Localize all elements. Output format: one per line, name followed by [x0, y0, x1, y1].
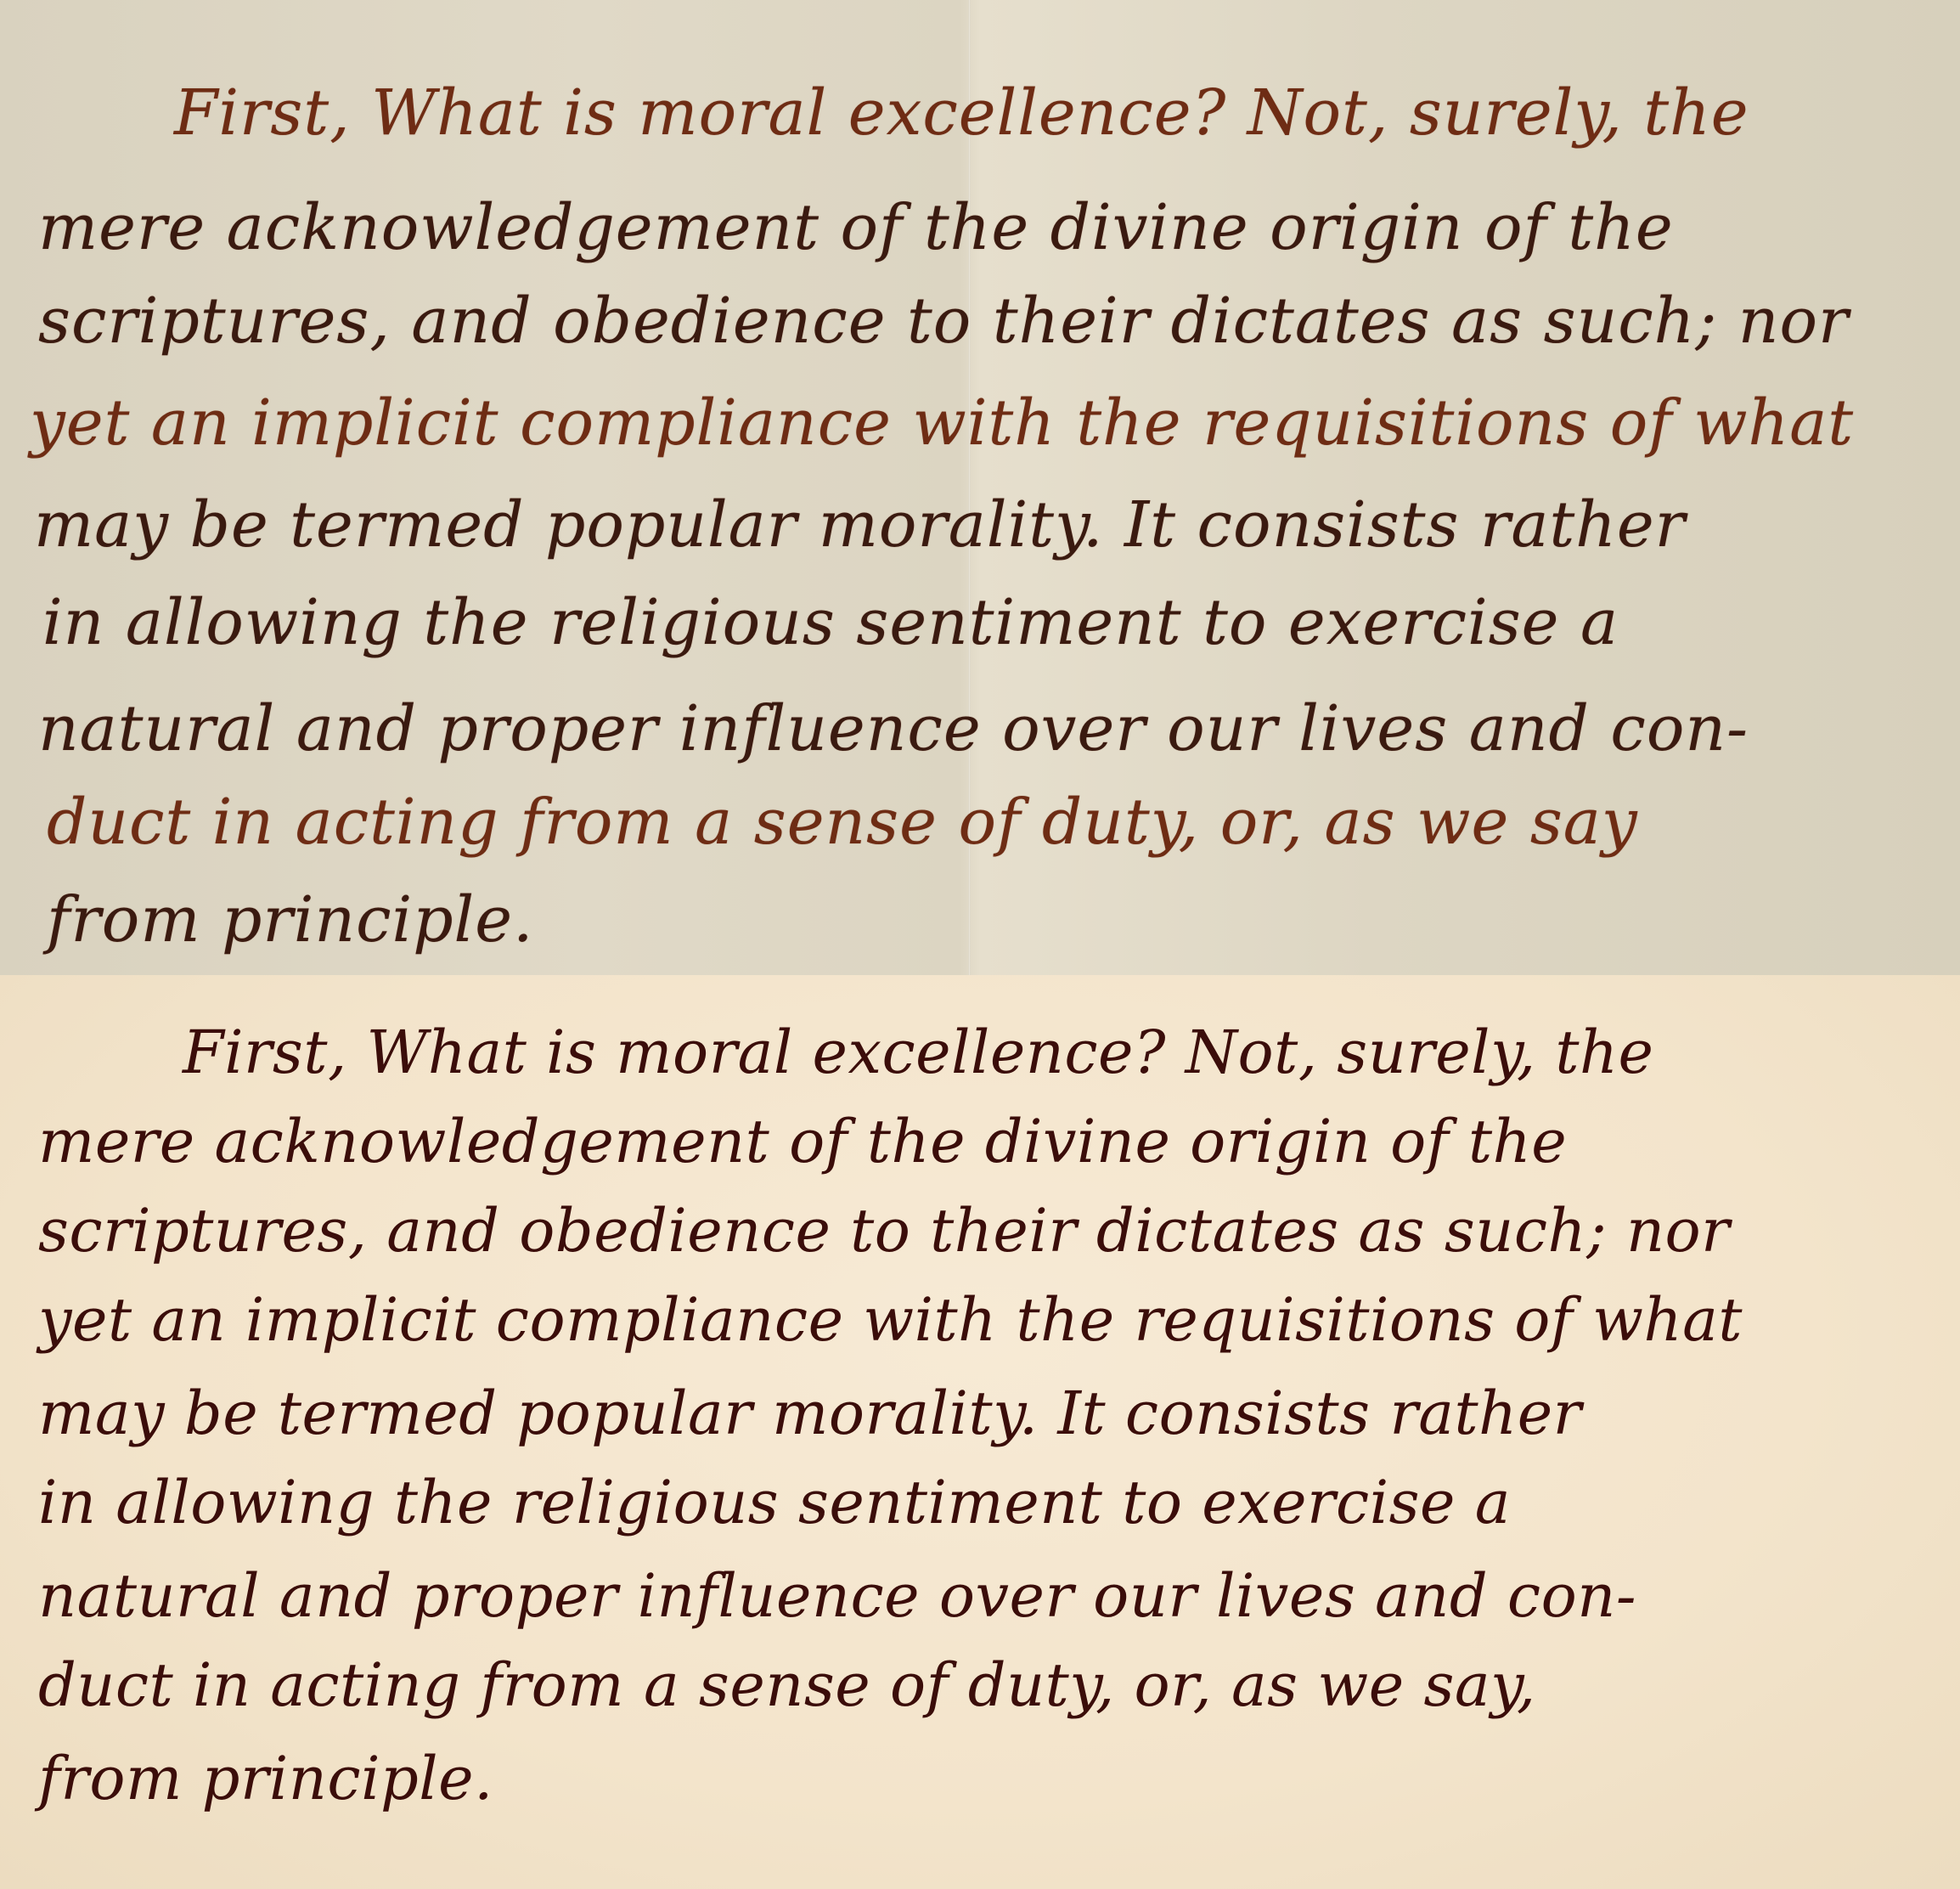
transcription-line-3: scriptures, and obedience to their dicta… — [38, 1196, 1730, 1266]
manuscript-line-1: First, What is moral excellence? Not, su… — [174, 76, 1749, 149]
transcription-line-7: natural and proper influence over our li… — [38, 1561, 1636, 1631]
transcription-line-6: in allowing the religious sentiment to e… — [38, 1468, 1511, 1537]
transcription-line-1: First, What is moral excellence? Not, su… — [183, 1018, 1653, 1087]
manuscript-line-7: natural and proper influence over our li… — [38, 692, 1749, 765]
manuscript-line-3: scriptures, and obedience to their dicta… — [38, 285, 1849, 358]
transcription-line-9: from principle. — [38, 1744, 493, 1813]
manuscript-line-6: in allowing the religious sentiment to e… — [42, 586, 1619, 659]
transcription-line-5: may be termed popular morality. It consi… — [38, 1379, 1582, 1448]
transcription-line-4: yet an implicit compliance with the requ… — [38, 1285, 1743, 1355]
transcription-line-8: duct in acting from a sense of duty, or,… — [38, 1650, 1536, 1720]
manuscript-line-9: from principle. — [47, 883, 534, 956]
manuscript-line-8: duct in acting from a sense of duty, or,… — [47, 786, 1638, 859]
transcription-line-2: mere acknowledgement of the divine origi… — [38, 1107, 1567, 1176]
transcription-panel: First, What is moral excellence? Not, su… — [0, 975, 1960, 1889]
original-manuscript-panel: First, What is moral excellence? Not, su… — [0, 0, 1960, 975]
manuscript-line-2: mere acknowledgement of the divine origi… — [38, 191, 1674, 264]
manuscript-line-5: may be termed popular morality. It consi… — [34, 488, 1686, 561]
manuscript-line-4: yet an implicit compliance with the requ… — [30, 386, 1854, 460]
